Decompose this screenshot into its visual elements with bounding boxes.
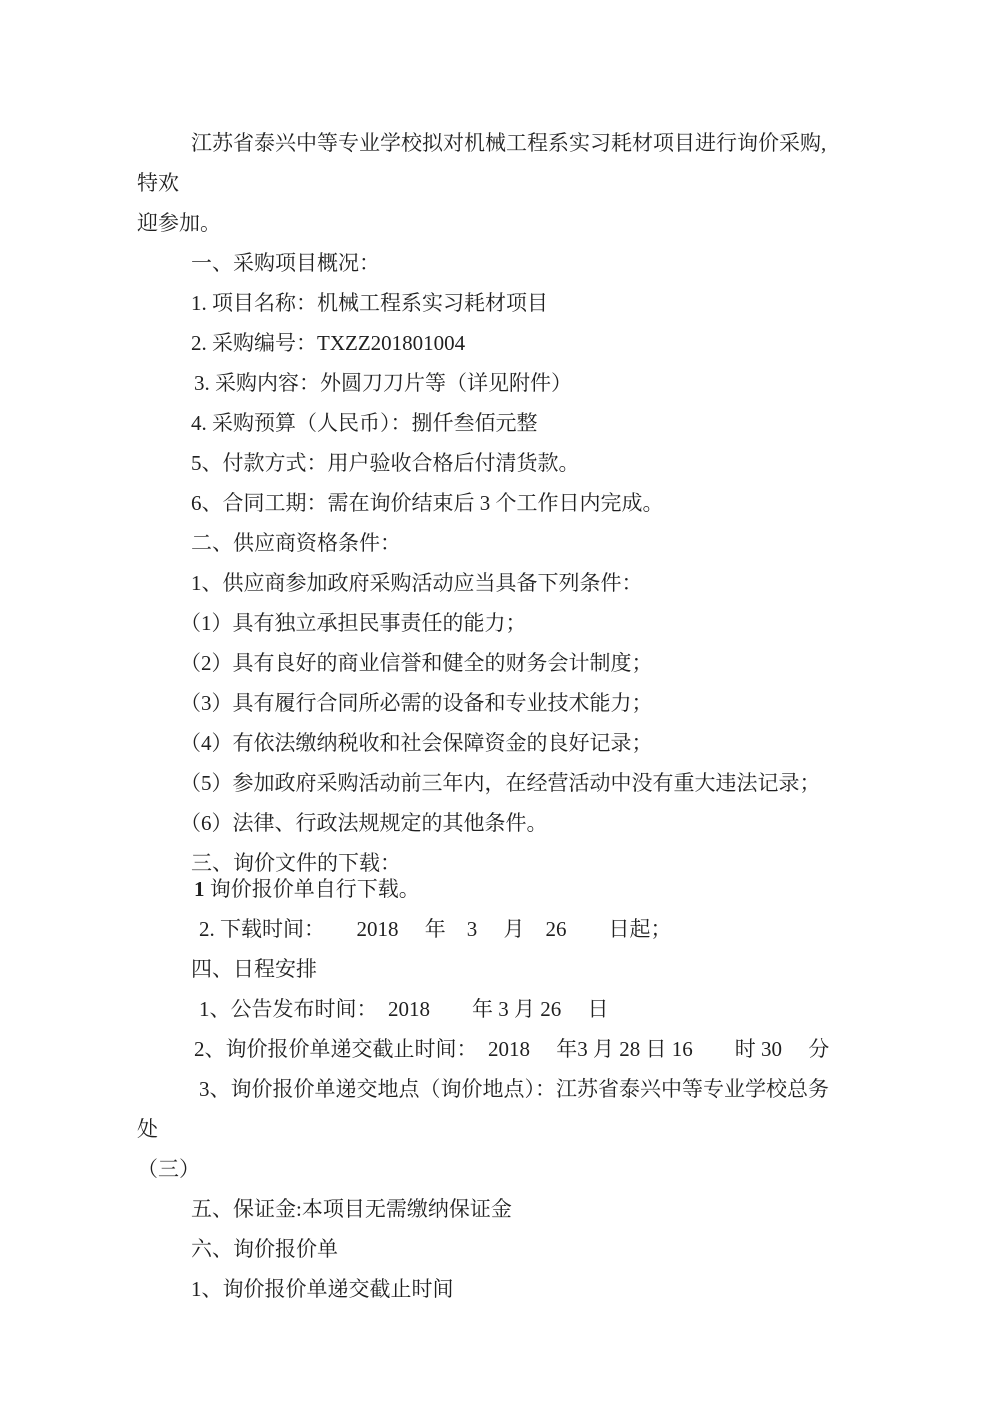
item-contract-period: 6、合同工期：需在询价结束后 3 个工作日内完成。	[137, 483, 845, 523]
section-4-heading: 四、日程安排	[137, 949, 845, 989]
condition-3: （3）具有履行合同所必需的设备和专业技术能力；	[137, 683, 845, 723]
condition-1: （1）具有独立承担民事责任的能力；	[137, 603, 845, 643]
item-budget: 4. 采购预算（人民币）：捌仟叁佰元整	[137, 403, 845, 443]
condition-5: （5）参加政府采购活动前三年内，在经营活动中没有重大违法记录；	[137, 763, 845, 803]
condition-6: （6）法律、行政法规规定的其他条件。	[137, 803, 845, 843]
intro-paragraph: 江苏省泰兴中等专业学校拟对机械工程系实习耗材项目进行询价采购,特欢 迎参加。	[137, 123, 845, 243]
section-2-heading: 二、供应商资格条件：	[137, 523, 845, 563]
supplier-conditions-intro: 1、供应商参加政府采购活动应当具备下列条件：	[137, 563, 845, 603]
section-1-heading: 一、采购项目概况：	[137, 243, 845, 283]
item-payment-method: 5、付款方式：用户验收合格后付清货款。	[137, 443, 845, 483]
item-project-name: 1. 项目名称：机械工程系实习耗材项目	[137, 283, 845, 323]
document-page: 江苏省泰兴中等专业学校拟对机械工程系实习耗材项目进行询价采购,特欢 迎参加。 一…	[0, 0, 992, 1403]
section-5-heading: 五、保证金:本项目无需缴纳保证金	[137, 1189, 845, 1229]
item-quote-deadline-title: 1、询价报价单递交截止时间	[137, 1269, 845, 1309]
item-quote-deadline: 2、询价报价单递交截止时间： 2018 年3 月 28 日 16 时 30 分	[137, 1029, 845, 1069]
item-download-quote-form-text: 询价报价单自行下载。	[205, 877, 420, 901]
item-number-bold: 1	[194, 877, 205, 901]
item-announcement-time: 1、公告发布时间： 2018 年 3 月 26 日	[137, 989, 845, 1029]
item-download-quote-form: 1 询价报价单自行下载。	[137, 869, 845, 909]
condition-4: （4）有依法缴纳税收和社会保障资金的良好记录；	[137, 723, 845, 763]
section-6-heading: 六、询价报价单	[137, 1229, 845, 1269]
item-procurement-number: 2. 采购编号：TXZZ201801004	[137, 323, 845, 363]
item-procurement-content: 3. 采购内容：外圆刀刀片等（详见附件）	[137, 363, 845, 403]
item-quote-location: 3、询价报价单递交地点（询价地点）：江苏省泰兴中等专业学校总务处 （三）	[137, 1069, 845, 1189]
condition-2: （2）具有良好的商业信誉和健全的财务会计制度；	[137, 643, 845, 683]
item-download-time: 2. 下载时间： 2018 年 3 月 26 日起；	[137, 909, 845, 949]
